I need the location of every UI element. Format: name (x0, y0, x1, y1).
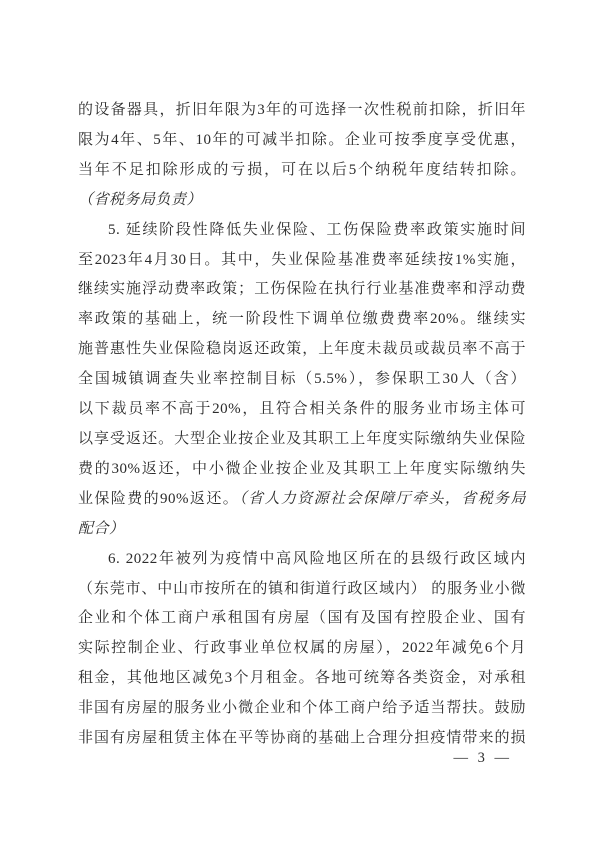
text-line: 企业和个体工商户承租国有房屋（国有及国有控股企业、国有 (78, 604, 526, 634)
page-number: — 3 — (454, 750, 513, 767)
body-text: 租金，其他地区减免3个月租金。各地可统筹各类资金，对承租 (78, 670, 526, 686)
text-line: 配合） (78, 515, 526, 545)
text-line: 非国有房屋的服务业小微企业和个体工商户给予适当帮扶。鼓励 (78, 694, 526, 724)
para-item-5-insurance-rates: 5. 延续阶段性降低失业保险、工伤保险费率政策实施时间至2023年4月30日。其… (78, 216, 526, 545)
body-text: 非国有房屋的服务业小微企业和个体工商户给予适当帮扶。鼓励 (78, 700, 526, 716)
para-item-6-rent-relief: 6. 2022年被列为疫情中高风险地区所在的县级行政区域内（东莞市、中山市按所在… (78, 545, 526, 754)
text-line: 施普惠性失业保险稳岗返还政策，上年度未裁员或裁员率不高于 (78, 335, 526, 365)
body-text: （东莞市、中山市按所在的镇和街道行政区域内） 的服务业小微 (78, 581, 526, 597)
body-text: 以享受返还。大型企业按企业及其职工上年度实际缴纳失业保险 (78, 431, 526, 447)
body-text: 的设备器具，折旧年限为3年的可选择一次性税前扣除，折旧年 (78, 102, 526, 118)
text-line: 实际控制企业、行政事业单位权属的房屋），2022年减免6个月 (78, 634, 526, 664)
body-text: 率政策的基础上，统一阶段性下调单位缴费费率20%。继续实 (78, 311, 526, 327)
body-text: 当年不足扣除形成的亏损，可在以后5个纳税年度结转扣除。 (78, 162, 526, 178)
text-line: 业保险费的90%返还。（省人力资源社会保障厅牵头，省税务局 (78, 485, 526, 515)
body-text: 6. 2022年被列为疫情中高风险地区所在的县级行政区域内 (108, 551, 526, 567)
text-line: 6. 2022年被列为疫情中高风险地区所在的县级行政区域内 (78, 545, 526, 575)
text-line: 全国城镇调查失业率控制目标（5.5%），参保职工30人（含） (78, 365, 526, 395)
document-page: 的设备器具，折旧年限为3年的可选择一次性税前扣除，折旧年限为4年、5年、10年的… (0, 0, 600, 848)
body-text: 非国有房屋租赁主体在平等协商的基础上合理分担疫情带来的损 (78, 730, 526, 746)
text-line: 以享受返还。大型企业按企业及其职工上年度实际缴纳失业保险 (78, 425, 526, 455)
attribution-text: （省税务局负责） (78, 192, 202, 208)
text-line: 当年不足扣除形成的亏损，可在以后5个纳税年度结转扣除。 (78, 156, 526, 186)
text-line: （东莞市、中山市按所在的镇和街道行政区域内） 的服务业小微 (78, 575, 526, 605)
attribution-text: 配合） (78, 521, 125, 537)
document-body: 的设备器具，折旧年限为3年的可选择一次性税前扣除，折旧年限为4年、5年、10年的… (78, 96, 526, 754)
text-line: 租金，其他地区减免3个月租金。各地可统筹各类资金，对承租 (78, 664, 526, 694)
body-text: 全国城镇调查失业率控制目标（5.5%），参保职工30人（含） (78, 371, 526, 387)
text-line: 费的30%返还，中小微企业按企业及其职工上年度实际缴纳失 (78, 455, 526, 485)
body-text: 5. 延续阶段性降低失业保险、工伤保险费率政策实施时间 (108, 222, 526, 238)
body-text: 企业和个体工商户承租国有房屋（国有及国有控股企业、国有 (78, 610, 526, 626)
body-text: 限为4年、5年、10年的可减半扣除。企业可按季度享受优惠， (78, 132, 526, 148)
text-line: 的设备器具，折旧年限为3年的可选择一次性税前扣除，折旧年 (78, 96, 526, 126)
body-text: 施普惠性失业保险稳岗返还政策，上年度未裁员或裁员率不高于 (78, 341, 526, 357)
attribution-text: （省人力资源社会保障厅牵头，省税务局 (239, 491, 526, 507)
body-text: 以下裁员率不高于20%，且符合相关条件的服务业市场主体可 (78, 401, 526, 417)
body-text: 业保险费的90%返还。 (78, 491, 239, 507)
text-line: 继续实施浮动费率政策；工伤保险在执行行业基准费率和浮动费 (78, 275, 526, 305)
text-line: 以下裁员率不高于20%，且符合相关条件的服务业市场主体可 (78, 395, 526, 425)
text-line: 限为4年、5年、10年的可减半扣除。企业可按季度享受优惠， (78, 126, 526, 156)
text-line: 至2023年4月30日。其中，失业保险基准费率延续按1%实施， (78, 246, 526, 276)
body-text: 继续实施浮动费率政策；工伤保险在执行行业基准费率和浮动费 (78, 281, 526, 297)
text-line: 率政策的基础上，统一阶段性下调单位缴费费率20%。继续实 (78, 305, 526, 335)
para-depreciation-continued: 的设备器具，折旧年限为3年的可选择一次性税前扣除，折旧年限为4年、5年、10年的… (78, 96, 526, 216)
text-line: （省税务局负责） (78, 186, 526, 216)
body-text: 实际控制企业、行政事业单位权属的房屋），2022年减免6个月 (78, 640, 526, 656)
body-text: 至2023年4月30日。其中，失业保险基准费率延续按1%实施， (78, 252, 526, 268)
body-text: 费的30%返还，中小微企业按企业及其职工上年度实际缴纳失 (78, 461, 526, 477)
text-line: 5. 延续阶段性降低失业保险、工伤保险费率政策实施时间 (78, 216, 526, 246)
